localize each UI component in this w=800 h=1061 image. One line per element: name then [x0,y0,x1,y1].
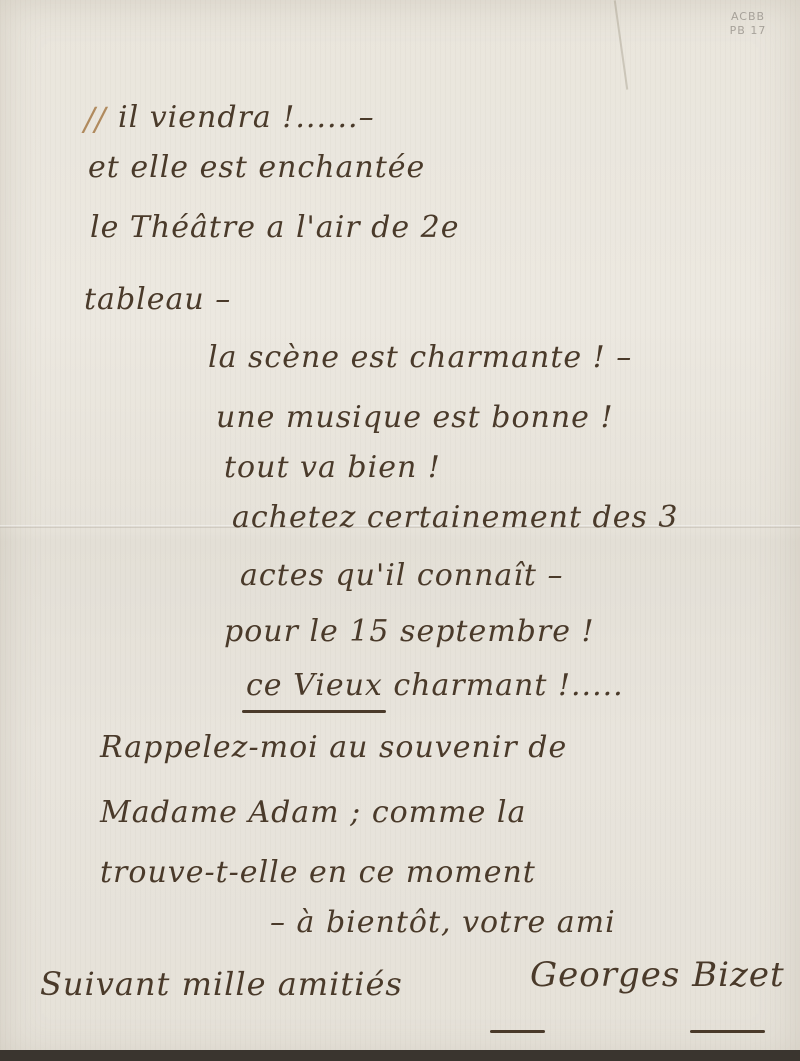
letter-line: ce Vieux charmant !..... [246,668,624,703]
underline-rule [242,710,386,713]
scan-edge [0,1050,800,1061]
letter-line: actes qu'il connaît – [240,558,564,593]
letter-line: pour le 15 septembre ! [224,614,595,649]
letter-line: Madame Adam ; comme la [100,795,526,830]
letter-line: Rappelez-moi au souvenir de [100,730,567,765]
letter-page: ACBB PB 17 // il viendra !......– et ell… [0,0,800,1061]
archive-mark: ACBB PB 17 [718,10,778,38]
letter-line: tout va bien ! [224,450,441,485]
letter-line: trouve-t-elle en ce moment [100,855,536,890]
margin-marks: // [84,100,106,138]
letter-line: achetez certainement des 3 [232,500,679,535]
letter-line: et elle est enchantée [88,150,425,185]
letter-line: il viendra !......– [118,100,375,135]
letter-line: une musique est bonne ! [216,400,614,435]
letter-line: la scène est charmante ! – [208,340,632,375]
signature: Georges Bizet [530,955,785,995]
letter-line: – à bientôt, votre ami [270,905,616,940]
signature-flourish [690,1030,765,1033]
letter-closing: Suivant mille amitiés [40,965,403,1003]
letter-line: tableau – [84,282,231,317]
paper-crease [614,0,629,89]
closing-dash [490,1030,545,1033]
letter-line: le Théâtre a l'air de 2e [90,210,460,245]
